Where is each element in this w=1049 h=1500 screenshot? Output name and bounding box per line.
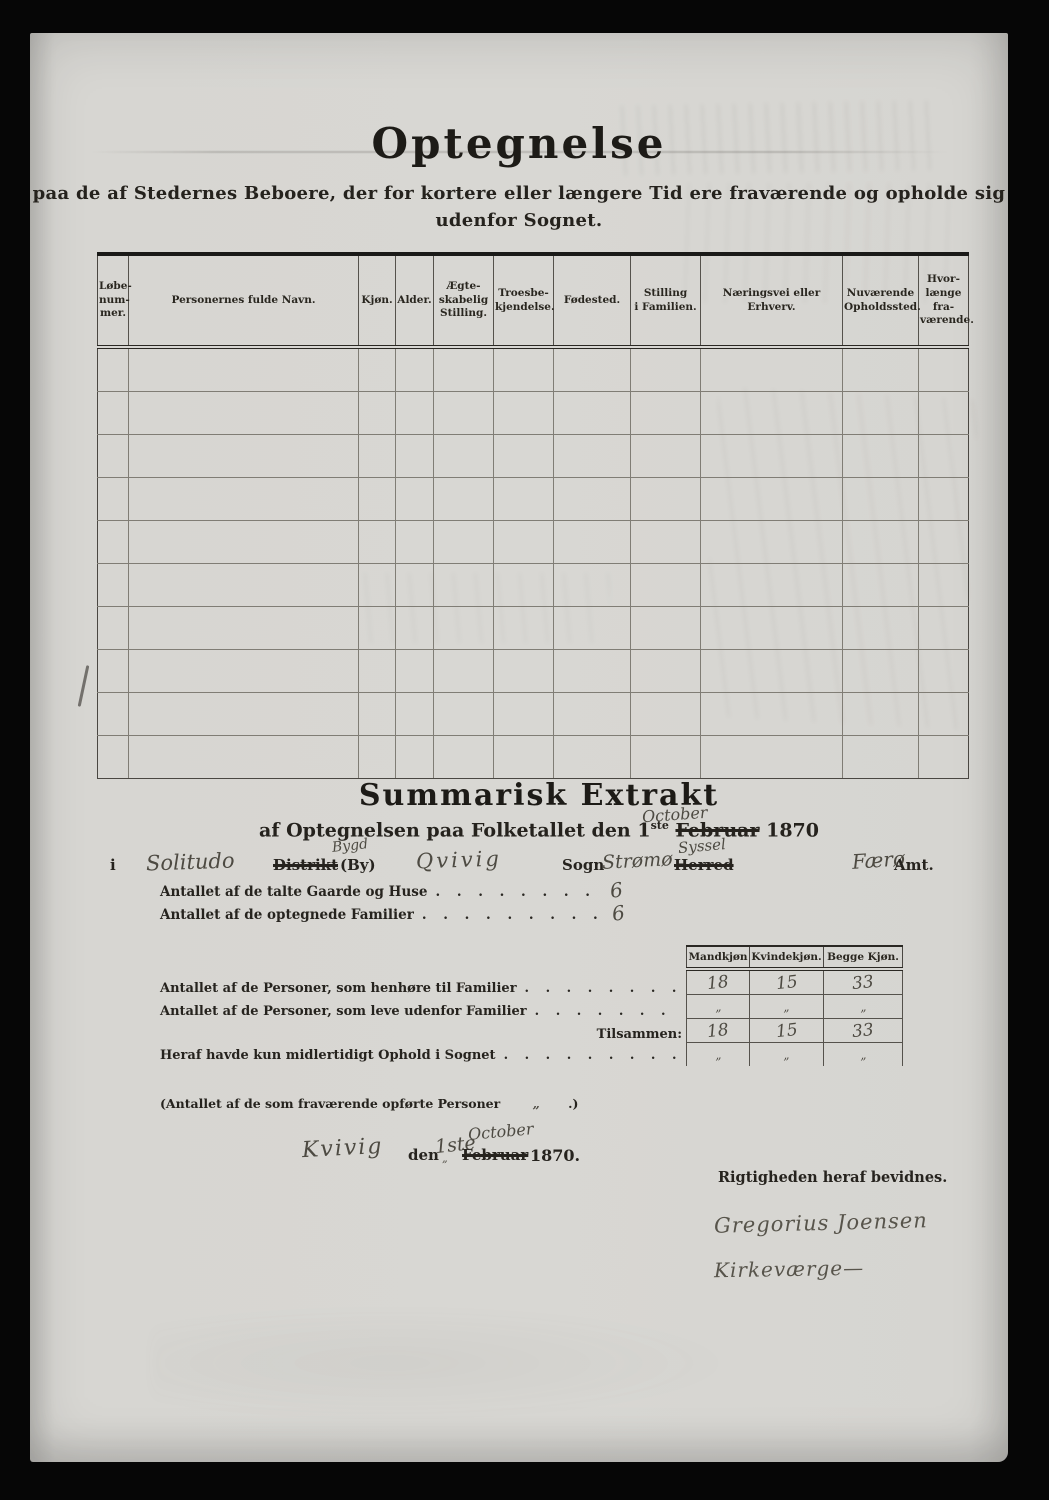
empty-cell bbox=[494, 392, 554, 435]
stats-label-outside-families: Antallet af de Personer, som leve udenfo… bbox=[160, 1004, 682, 1019]
dateline-month-struck: Februar bbox=[462, 1146, 528, 1164]
island-label-struck: Herred bbox=[674, 856, 734, 874]
empty-cell bbox=[98, 435, 129, 478]
col-header-loebenummer: Løbe- num- mer. bbox=[98, 254, 129, 347]
empty-cell bbox=[701, 478, 843, 521]
empty-cell bbox=[359, 650, 396, 693]
empty-cell bbox=[701, 693, 843, 736]
empty-cell bbox=[701, 607, 843, 650]
empty-cell bbox=[554, 607, 631, 650]
stray-pen-mark bbox=[78, 665, 90, 707]
col-header-opholdssted: Nuværende Opholdssted. bbox=[843, 254, 919, 347]
island-handwritten: Strømø bbox=[601, 848, 673, 874]
empty-cell bbox=[843, 392, 919, 435]
stats-cell: „ bbox=[687, 1043, 750, 1067]
stats-cell: 33 bbox=[824, 969, 903, 995]
col-header-stilling-i-familien: Stilling i Familien. bbox=[631, 254, 701, 347]
record-table-body bbox=[98, 347, 969, 779]
empty-cell bbox=[129, 564, 359, 607]
empty-cell bbox=[554, 650, 631, 693]
count-line-families: Antallet af de optegnede Familier . . . … bbox=[160, 907, 606, 923]
empty-cell bbox=[434, 736, 494, 779]
stats-cell: 33 bbox=[824, 1019, 903, 1043]
empty-cell bbox=[494, 521, 554, 564]
dateline-month-handwritten: October bbox=[467, 1119, 534, 1144]
empty-cell bbox=[701, 347, 843, 392]
col-header-foedested: Fødested. bbox=[554, 254, 631, 347]
empty-cell bbox=[129, 521, 359, 564]
empty-cell bbox=[359, 693, 396, 736]
col-header-fulde-navn: Personernes fulde Navn. bbox=[129, 254, 359, 347]
stats-header-both: Begge Kjøn. bbox=[824, 946, 903, 969]
empty-cell bbox=[631, 347, 701, 392]
empty-cell bbox=[359, 607, 396, 650]
empty-cell bbox=[843, 736, 919, 779]
empty-cell bbox=[843, 435, 919, 478]
empty-cell bbox=[701, 521, 843, 564]
stats-label-temporary: Heraf havde kun midlertidigt Ophold i So… bbox=[160, 1048, 682, 1063]
empty-cell bbox=[359, 435, 396, 478]
empty-cell bbox=[554, 693, 631, 736]
col-header-naeringsvei: Næringsvei eller Erhverv. bbox=[701, 254, 843, 347]
empty-cell bbox=[631, 435, 701, 478]
empty-cell bbox=[129, 435, 359, 478]
signature-name: Gregorius Joensen bbox=[714, 1208, 928, 1238]
amt-label: Amt. bbox=[894, 856, 934, 874]
empty-cell bbox=[554, 736, 631, 779]
district-label-struck: Distrikt bbox=[273, 856, 338, 874]
stats-cell: „ bbox=[824, 1043, 903, 1067]
empty-record-row bbox=[98, 564, 969, 607]
col-header-alder: Alder. bbox=[396, 254, 434, 347]
empty-cell bbox=[494, 607, 554, 650]
empty-cell bbox=[359, 521, 396, 564]
empty-cell bbox=[434, 392, 494, 435]
parenthetical-text: (Antallet af de som fraværende opførte P… bbox=[160, 1096, 500, 1111]
parenthetical-note: (Antallet af de som fraværende opførte P… bbox=[160, 1096, 578, 1111]
empty-cell bbox=[359, 736, 396, 779]
page-subtitle-line1: paa de af Stedernes Beboere, der for kor… bbox=[30, 183, 1008, 204]
dateline-year: 1870. bbox=[530, 1146, 580, 1165]
record-table-header-row: Løbe- num- mer. Personernes fulde Navn. … bbox=[98, 254, 969, 347]
empty-cell bbox=[919, 564, 969, 607]
col-header-aegteskabelig-stilling: Ægte- skabelig Stilling. bbox=[434, 254, 494, 347]
empty-record-row bbox=[98, 347, 969, 392]
empty-record-row bbox=[98, 392, 969, 435]
empty-cell bbox=[129, 478, 359, 521]
count-value-families: 6 bbox=[610, 900, 626, 926]
district-label-handwritten: Bygd bbox=[331, 836, 369, 856]
empty-cell bbox=[129, 347, 359, 392]
dot-leader: . . . . . . . . . . . . . . . . . . . . … bbox=[504, 1048, 682, 1063]
dot-leader: . . . . . . . . . . . . . . . . . . . . … bbox=[435, 884, 606, 900]
empty-cell bbox=[396, 435, 434, 478]
empty-cell bbox=[359, 347, 396, 392]
dot-leader: . . . . . . . . . . . . . . . . . . . . … bbox=[422, 907, 606, 923]
empty-cell bbox=[554, 521, 631, 564]
empty-cell bbox=[494, 347, 554, 392]
empty-cell bbox=[396, 650, 434, 693]
stats-cell: 15 bbox=[750, 969, 824, 995]
empty-cell bbox=[434, 435, 494, 478]
empty-record-row bbox=[98, 650, 969, 693]
stats-cell: 18 bbox=[687, 969, 750, 995]
empty-cell bbox=[554, 392, 631, 435]
stats-label-in-families: Antallet af de Personer, som henhøre til… bbox=[160, 981, 682, 996]
stats-cell: 15 bbox=[750, 1019, 824, 1043]
col-header-troesbekjendelse: Troesbe- kjendelse. bbox=[494, 254, 554, 347]
empty-cell bbox=[701, 392, 843, 435]
empty-cell bbox=[494, 650, 554, 693]
empty-cell bbox=[98, 607, 129, 650]
empty-cell bbox=[843, 347, 919, 392]
empty-cell bbox=[129, 607, 359, 650]
parish-label: Sogn bbox=[562, 856, 604, 874]
empty-cell bbox=[554, 564, 631, 607]
count-value-houses: 6 bbox=[608, 877, 624, 903]
empty-cell bbox=[919, 607, 969, 650]
scan-background: Optegnelse paa de af Stedernes Beboere, … bbox=[0, 0, 1049, 1500]
empty-cell bbox=[98, 564, 129, 607]
count-label-houses: Antallet af de talte Gaarde og Huse bbox=[160, 884, 427, 900]
empty-cell bbox=[554, 347, 631, 392]
empty-cell bbox=[631, 478, 701, 521]
empty-cell bbox=[494, 478, 554, 521]
empty-cell bbox=[554, 478, 631, 521]
stats-header-male: Mandkjøn bbox=[687, 946, 750, 969]
stats-header-female: Kvindekjøn. bbox=[750, 946, 824, 969]
island-label-handwritten: Syssel bbox=[677, 835, 726, 857]
col-header-kjoen: Kjøn. bbox=[359, 254, 396, 347]
empty-cell bbox=[631, 607, 701, 650]
stats-row-temporary: „ „ „ bbox=[687, 1043, 903, 1067]
page-title: Optegnelse bbox=[30, 119, 1008, 168]
page-subtitle-line2: udenfor Sognet. bbox=[30, 210, 1008, 231]
stats-label-text: Heraf havde kun midlertidigt Ophold i So… bbox=[160, 1048, 496, 1063]
stats-row-outside-families: „ „ „ bbox=[687, 995, 903, 1019]
empty-cell bbox=[843, 564, 919, 607]
empty-cell bbox=[396, 478, 434, 521]
count-line-houses: Antallet af de talte Gaarde og Huse . . … bbox=[160, 884, 606, 900]
empty-cell bbox=[98, 521, 129, 564]
empty-cell bbox=[434, 521, 494, 564]
empty-cell bbox=[129, 693, 359, 736]
empty-cell bbox=[359, 478, 396, 521]
empty-cell bbox=[919, 693, 969, 736]
stats-table: Mandkjøn Kvindekjøn. Begge Kjøn. 18 15 3… bbox=[686, 945, 903, 1066]
empty-cell bbox=[129, 650, 359, 693]
empty-cell bbox=[631, 736, 701, 779]
document-page: Optegnelse paa de af Stedernes Beboere, … bbox=[30, 33, 1008, 1462]
empty-cell bbox=[919, 650, 969, 693]
empty-cell bbox=[701, 564, 843, 607]
stats-cell: „ bbox=[687, 995, 750, 1019]
empty-cell bbox=[701, 650, 843, 693]
empty-cell bbox=[554, 435, 631, 478]
empty-record-row bbox=[98, 435, 969, 478]
empty-cell bbox=[434, 347, 494, 392]
stats-cell: „ bbox=[824, 995, 903, 1019]
count-label-families: Antallet af de optegnede Familier bbox=[160, 907, 414, 923]
empty-cell bbox=[843, 607, 919, 650]
empty-cell bbox=[843, 521, 919, 564]
empty-cell bbox=[98, 736, 129, 779]
empty-cell bbox=[396, 347, 434, 392]
parenthetical-ditto-mark: „ bbox=[533, 1096, 540, 1111]
empty-cell bbox=[919, 347, 969, 392]
stats-cell: „ bbox=[750, 1043, 824, 1067]
empty-record-row bbox=[98, 693, 969, 736]
empty-cell bbox=[494, 693, 554, 736]
stats-row-total: 18 15 33 bbox=[687, 1019, 903, 1043]
stats-label-text: Antallet af de Personer, som leve udenfo… bbox=[160, 1004, 527, 1019]
empty-cell bbox=[434, 564, 494, 607]
empty-cell bbox=[98, 650, 129, 693]
empty-cell bbox=[843, 478, 919, 521]
empty-cell bbox=[98, 347, 129, 392]
empty-cell bbox=[396, 564, 434, 607]
empty-cell bbox=[919, 392, 969, 435]
empty-cell bbox=[631, 693, 701, 736]
stats-label-total: Tilsammen: bbox=[590, 1027, 682, 1042]
empty-cell bbox=[396, 392, 434, 435]
parenthetical-close: .) bbox=[568, 1096, 578, 1111]
empty-cell bbox=[359, 392, 396, 435]
location-prefix: i bbox=[110, 856, 116, 874]
empty-cell bbox=[701, 435, 843, 478]
paper-stain bbox=[150, 1303, 750, 1423]
signature-title: Kirkeværge— bbox=[714, 1256, 865, 1283]
subheading-prefix: af Optegnelsen paa Folketallet den 1 bbox=[259, 819, 651, 841]
empty-cell bbox=[631, 564, 701, 607]
location-line: i Solitudo Distrikt (By) Bygd Qvivig Sog… bbox=[30, 850, 1008, 884]
record-table: Løbe- num- mer. Personernes fulde Navn. … bbox=[97, 252, 969, 779]
empty-record-row bbox=[98, 521, 969, 564]
empty-cell bbox=[129, 392, 359, 435]
empty-cell bbox=[494, 736, 554, 779]
attestation-statement: Rigtigheden heraf bevidnes. bbox=[718, 1169, 947, 1186]
empty-cell bbox=[919, 478, 969, 521]
empty-cell bbox=[843, 650, 919, 693]
empty-cell bbox=[843, 693, 919, 736]
empty-cell bbox=[919, 736, 969, 779]
stats-header-row: Mandkjøn Kvindekjøn. Begge Kjøn. bbox=[687, 946, 903, 969]
empty-cell bbox=[396, 693, 434, 736]
empty-cell bbox=[396, 607, 434, 650]
empty-cell bbox=[919, 435, 969, 478]
dateline-place-handwritten: Kvivig bbox=[301, 1134, 384, 1163]
empty-cell bbox=[396, 736, 434, 779]
stats-cell: 18 bbox=[687, 1019, 750, 1043]
empty-cell bbox=[494, 564, 554, 607]
empty-cell bbox=[98, 392, 129, 435]
parish-handwritten: Qvivig bbox=[416, 847, 503, 874]
stats-label-text: Antallet af de Personer, som henhøre til… bbox=[160, 981, 517, 996]
dot-leader: . . . . . . . . . . . . . . . . . . . . … bbox=[535, 1004, 682, 1019]
empty-cell bbox=[98, 693, 129, 736]
empty-cell bbox=[631, 650, 701, 693]
empty-cell bbox=[129, 736, 359, 779]
empty-record-row bbox=[98, 736, 969, 779]
empty-cell bbox=[701, 736, 843, 779]
summary-heading: Summarisk Extrakt bbox=[50, 778, 1028, 813]
subheading-year: 1870 bbox=[766, 819, 819, 841]
empty-cell bbox=[434, 607, 494, 650]
stats-row-in-families: 18 15 33 bbox=[687, 969, 903, 995]
dateline-ditto-mark: „ bbox=[442, 1152, 448, 1165]
empty-cell bbox=[494, 435, 554, 478]
empty-record-row bbox=[98, 478, 969, 521]
empty-cell bbox=[98, 478, 129, 521]
empty-cell bbox=[359, 564, 396, 607]
empty-record-row bbox=[98, 607, 969, 650]
district-label-paren: (By) bbox=[340, 856, 376, 874]
empty-cell bbox=[631, 521, 701, 564]
empty-cell bbox=[434, 478, 494, 521]
district-handwritten: Solitudo bbox=[146, 848, 235, 875]
empty-cell bbox=[631, 392, 701, 435]
dot-leader: . . . . . . . . . . . . . . . . . . . . … bbox=[525, 981, 682, 996]
summary-subheading: af Optegnelsen paa Folketallet den 1ste … bbox=[50, 819, 1028, 841]
empty-cell bbox=[434, 693, 494, 736]
empty-cell bbox=[396, 521, 434, 564]
empty-cell bbox=[434, 650, 494, 693]
col-header-fravaerende: Hvor- længe fra- værende. bbox=[919, 254, 969, 347]
stats-cell: „ bbox=[750, 995, 824, 1019]
empty-cell bbox=[919, 521, 969, 564]
